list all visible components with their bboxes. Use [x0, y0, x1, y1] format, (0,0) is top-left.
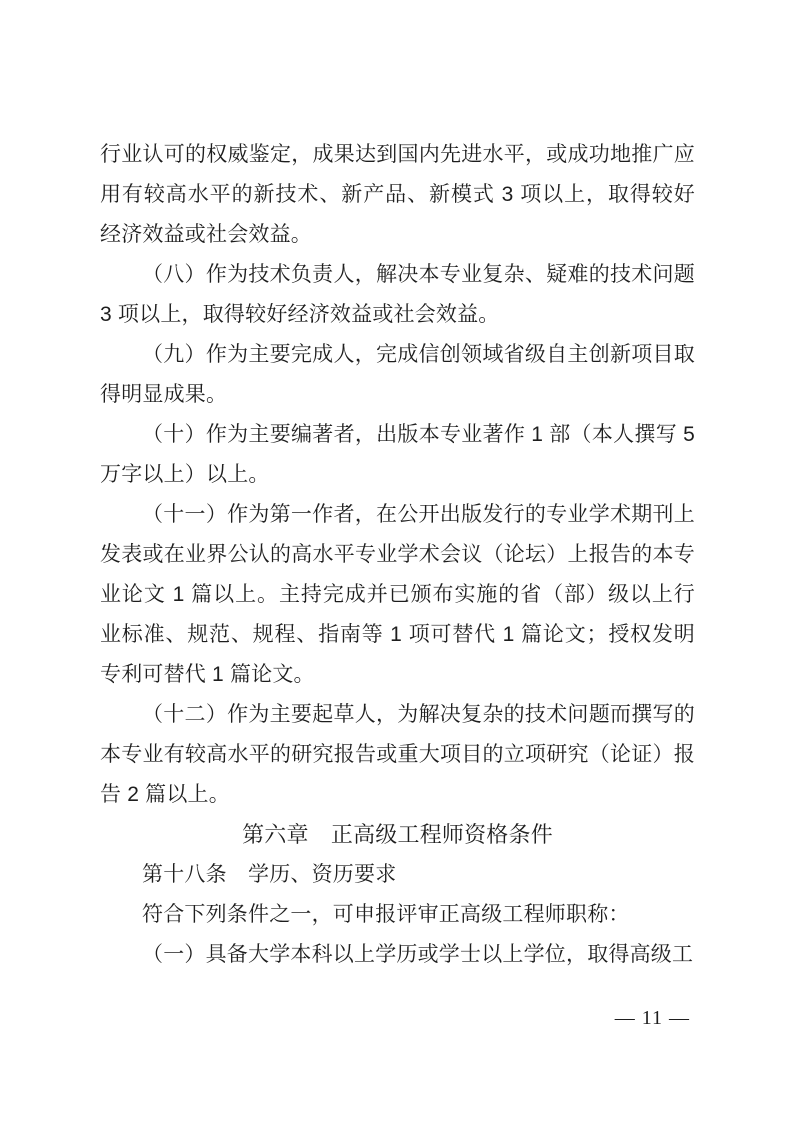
- paragraph-item-8: （八）作为技术负责人，解决本专业复杂、疑难的技术问题 3 项以上，取得较好经济效…: [100, 255, 695, 335]
- paragraph-continuation: 行业认可的权威鉴定，成果达到国内先进水平，或成功地推广应用有较高水平的新技术、新…: [100, 135, 695, 255]
- chapter-heading: 第六章 正高级工程师资格条件: [100, 815, 695, 855]
- paragraph-item-9: （九）作为主要完成人，完成信创领域省级自主创新项目取得明显成果。: [100, 335, 695, 415]
- paragraph-item-12: （十二）作为主要起草人，为解决复杂的技术问题而撰写的本专业有较高水平的研究报告或…: [100, 695, 695, 815]
- paragraph-item-11: （十一）作为第一作者，在公开出版发行的专业学术期刊上发表或在业界公认的高水平专业…: [100, 495, 695, 695]
- paragraph-item-1: （一）具备大学本科以上学历或学士以上学位，取得高级工: [100, 935, 695, 975]
- page-canvas: 行业认可的权威鉴定，成果达到国内先进水平，或成功地推广应用有较高水平的新技术、新…: [0, 0, 793, 1122]
- document-body: 行业认可的权威鉴定，成果达到国内先进水平，或成功地推广应用有较高水平的新技术、新…: [100, 135, 695, 975]
- document-page: { "page": { "number_label": "— 11 —" }, …: [0, 0, 793, 1122]
- paragraph-item-10: （十）作为主要编著者，出版本专业著作 1 部（本人撰写 5 万字以上）以上。: [100, 415, 695, 495]
- paragraph-intro: 符合下列条件之一，可申报评审正高级工程师职称：: [100, 895, 695, 935]
- page-number: — 11 —: [615, 1006, 690, 1030]
- article-heading: 第十八条 学历、资历要求: [100, 855, 695, 895]
